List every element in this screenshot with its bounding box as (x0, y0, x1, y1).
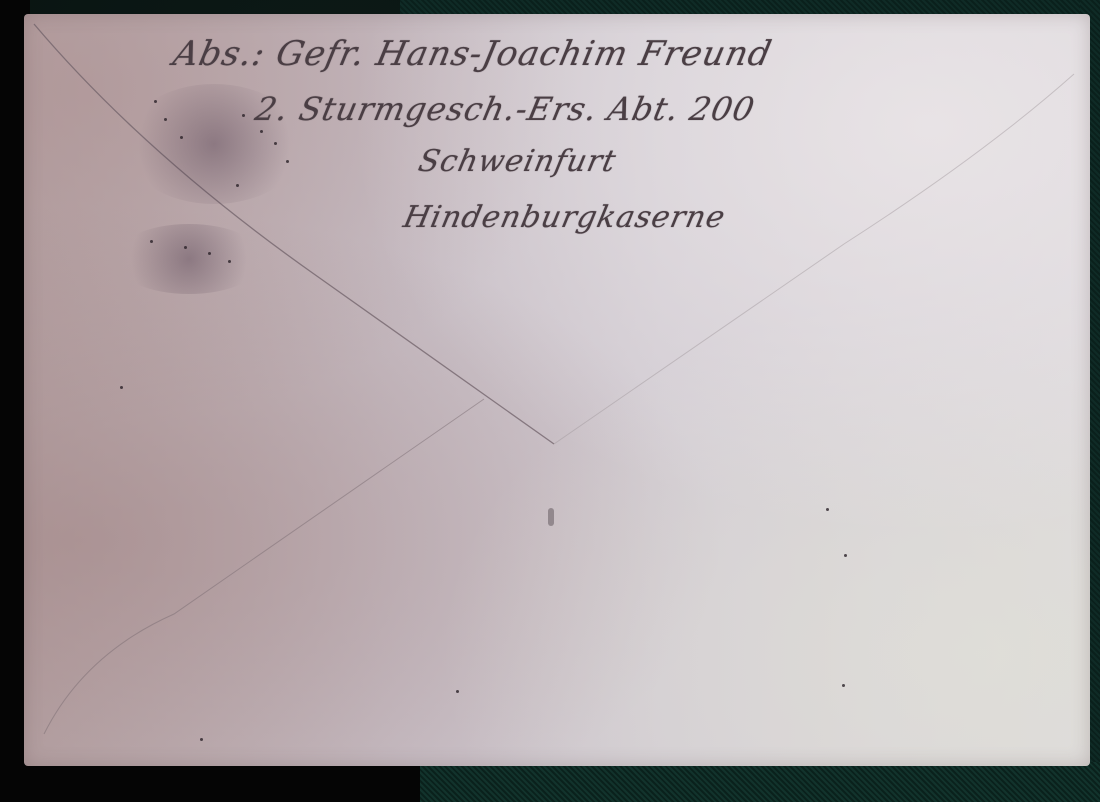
ink-speck (200, 738, 203, 741)
ink-speck (844, 554, 847, 557)
sender-line-name: Abs.: Gefr. Hans-Joachim Freund (170, 34, 776, 74)
ink-speck (260, 130, 263, 133)
postmark-smudge (114, 224, 264, 294)
ink-speck (236, 184, 239, 187)
ink-speck (274, 142, 277, 145)
ink-speck (242, 114, 245, 117)
ink-speck (842, 684, 845, 687)
ink-speck (120, 386, 123, 389)
ink-speck (228, 260, 231, 263)
ink-speck (180, 136, 183, 139)
dark-background-bottom-left (0, 762, 420, 802)
ink-speck (184, 246, 187, 249)
ink-speck (154, 100, 157, 103)
envelope-back: Abs.: Gefr. Hans-Joachim Freund 2. Sturm… (24, 14, 1090, 766)
ink-speck (548, 508, 554, 526)
ink-speck (164, 118, 167, 121)
sender-line-unit: 2. Sturmgesch.-Ers. Abt. 200 (252, 90, 758, 128)
ink-speck (208, 252, 211, 255)
green-textured-background-bottom (420, 762, 1100, 802)
ink-speck (826, 508, 829, 511)
ink-speck (456, 690, 459, 693)
sender-line-city: Schweinfurt (415, 144, 619, 179)
ink-speck (150, 240, 153, 243)
ink-speck (286, 160, 289, 163)
sender-line-barracks: Hindenburgkaserne (400, 200, 729, 235)
